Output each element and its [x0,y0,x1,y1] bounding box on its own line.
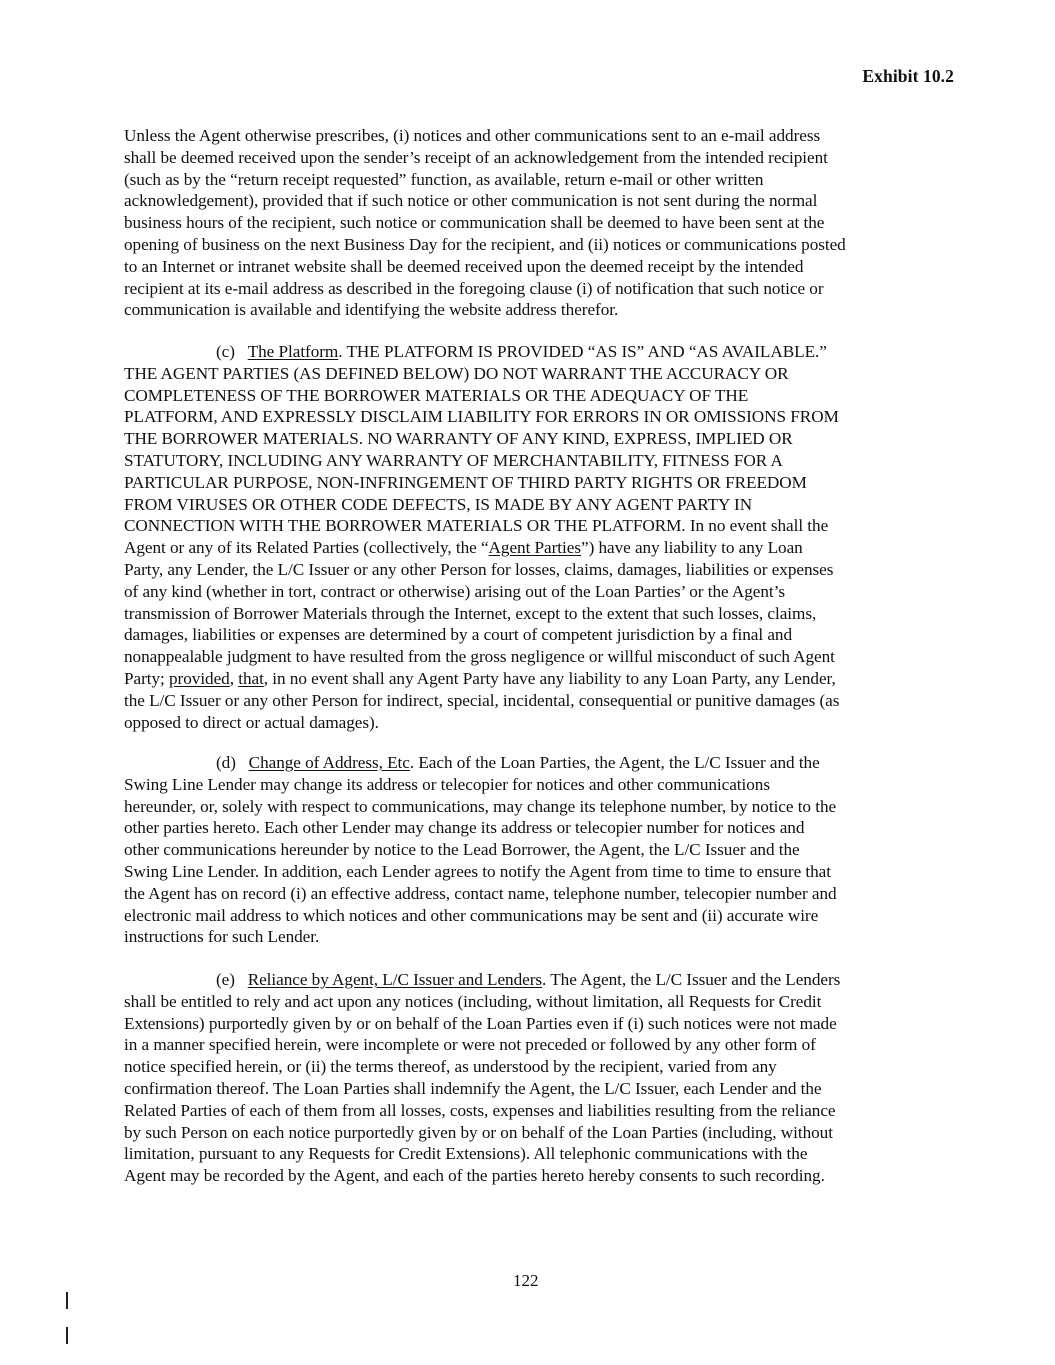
section-e-reliance: (e) Reliance by Agent, L/C Issuer and Le… [124,969,944,1187]
text-line: Agent or any of its Related Parties (col… [124,537,944,559]
text-line: confirmation thereof. The Loan Parties s… [124,1078,944,1100]
section-marker: (e) [216,970,235,989]
text-line: THE BORROWER MATERIALS. NO WARRANTY OF A… [124,428,944,450]
text-line: the Agent has on record (i) an effective… [124,883,944,905]
text-line: Party, any Lender, the L/C Issuer or any… [124,559,944,581]
text-line: shall be entitled to rely and act upon a… [124,991,944,1013]
text-line: hereunder, or, solely with respect to co… [124,796,944,818]
text-line: communication is available and identifyi… [124,299,944,321]
paragraph-intro: Unless the Agent otherwise prescribes, (… [124,125,944,321]
text-line: notice specified herein, or (ii) the ter… [124,1056,944,1078]
text-line: Unless the Agent otherwise prescribes, (… [124,125,944,147]
section-marker: (c) [216,342,235,361]
revision-change-bar [66,1292,68,1309]
text-line: damages, liabilities or expenses are det… [124,624,944,646]
text-line: of any kind (whether in tort, contract o… [124,581,944,603]
section-heading: Reliance by Agent, L/C Issuer and Lender… [248,970,542,989]
section-d-first-line: (d) Change of Address, Etc. Each of the … [124,752,944,774]
text-line: limitation, pursuant to any Requests for… [124,1143,944,1165]
text-line: nonappealable judgment to have resulted … [124,646,944,668]
section-heading: The Platform [248,342,339,361]
text-fragment: , [230,669,239,688]
text-line: FROM VIRUSES OR OTHER CODE DEFECTS, IS M… [124,494,944,516]
text-fragment: . The Agent, the L/C Issuer and the Lend… [542,970,840,989]
text-line: shall be deemed received upon the sender… [124,147,944,169]
text-line: Extensions) purportedly given by or on b… [124,1013,944,1035]
text-line: CONNECTION WITH THE BORROWER MATERIALS O… [124,515,944,537]
text-fragment: ”) have any liability to any Loan [581,538,803,557]
term-that: that [238,669,264,688]
text-line: transmission of Borrower Materials throu… [124,603,944,625]
text-fragment: . THE PLATFORM IS PROVIDED “AS IS” AND “… [338,342,827,361]
text-line: the L/C Issuer or any other Person for i… [124,690,944,712]
text-line: PARTICULAR PURPOSE, NON-INFRINGEMENT OF … [124,472,944,494]
section-marker: (d) [216,753,236,772]
text-line: THE AGENT PARTIES (AS DEFINED BELOW) DO … [124,363,944,385]
text-line: in a manner specified herein, were incom… [124,1034,944,1056]
text-line: by such Person on each notice purportedl… [124,1122,944,1144]
text-line: Party; provided, that, in no event shall… [124,668,944,690]
text-fragment: Agent or any of its Related Parties (col… [124,538,489,557]
defined-term-agent-parties: Agent Parties [489,538,581,557]
text-line: other parties hereto. Each other Lender … [124,817,944,839]
section-c-platform: (c) The Platform. THE PLATFORM IS PROVID… [124,341,944,733]
text-line: opposed to direct or actual damages). [124,712,944,734]
text-line: business hours of the recipient, such no… [124,212,944,234]
text-line: electronic mail address to which notices… [124,905,944,927]
text-line: PLATFORM, AND EXPRESSLY DISCLAIM LIABILI… [124,406,944,428]
revision-change-bar [66,1327,68,1344]
text-line: instructions for such Lender. [124,926,944,948]
text-line: Agent may be recorded by the Agent, and … [124,1165,944,1187]
text-line: COMPLETENESS OF THE BORROWER MATERIALS O… [124,385,944,407]
section-heading: Change of Address, Etc [249,753,410,772]
text-line: opening of business on the next Business… [124,234,944,256]
section-d-change-of-address: (d) Change of Address, Etc. Each of the … [124,752,944,948]
exhibit-label: Exhibit 10.2 [862,66,954,87]
section-c-first-line: (c) The Platform. THE PLATFORM IS PROVID… [124,341,944,363]
text-line: to an Internet or intranet website shall… [124,256,944,278]
text-line: other communications hereunder by notice… [124,839,944,861]
text-fragment: . Each of the Loan Parties, the Agent, t… [410,753,820,772]
text-line: acknowledgement), provided that if such … [124,190,944,212]
term-provided: provided [169,669,230,688]
text-fragment: Party; [124,669,169,688]
text-fragment: , in no event shall any Agent Party have… [264,669,836,688]
text-line: (such as by the “return receipt requeste… [124,169,944,191]
section-e-first-line: (e) Reliance by Agent, L/C Issuer and Le… [124,969,944,991]
text-line: Swing Line Lender may change its address… [124,774,944,796]
text-line: recipient at its e-mail address as descr… [124,278,944,300]
text-line: Swing Line Lender. In addition, each Len… [124,861,944,883]
page-number: 122 [513,1271,539,1291]
text-line: Related Parties of each of them from all… [124,1100,944,1122]
text-line: STATUTORY, INCLUDING ANY WARRANTY OF MER… [124,450,944,472]
